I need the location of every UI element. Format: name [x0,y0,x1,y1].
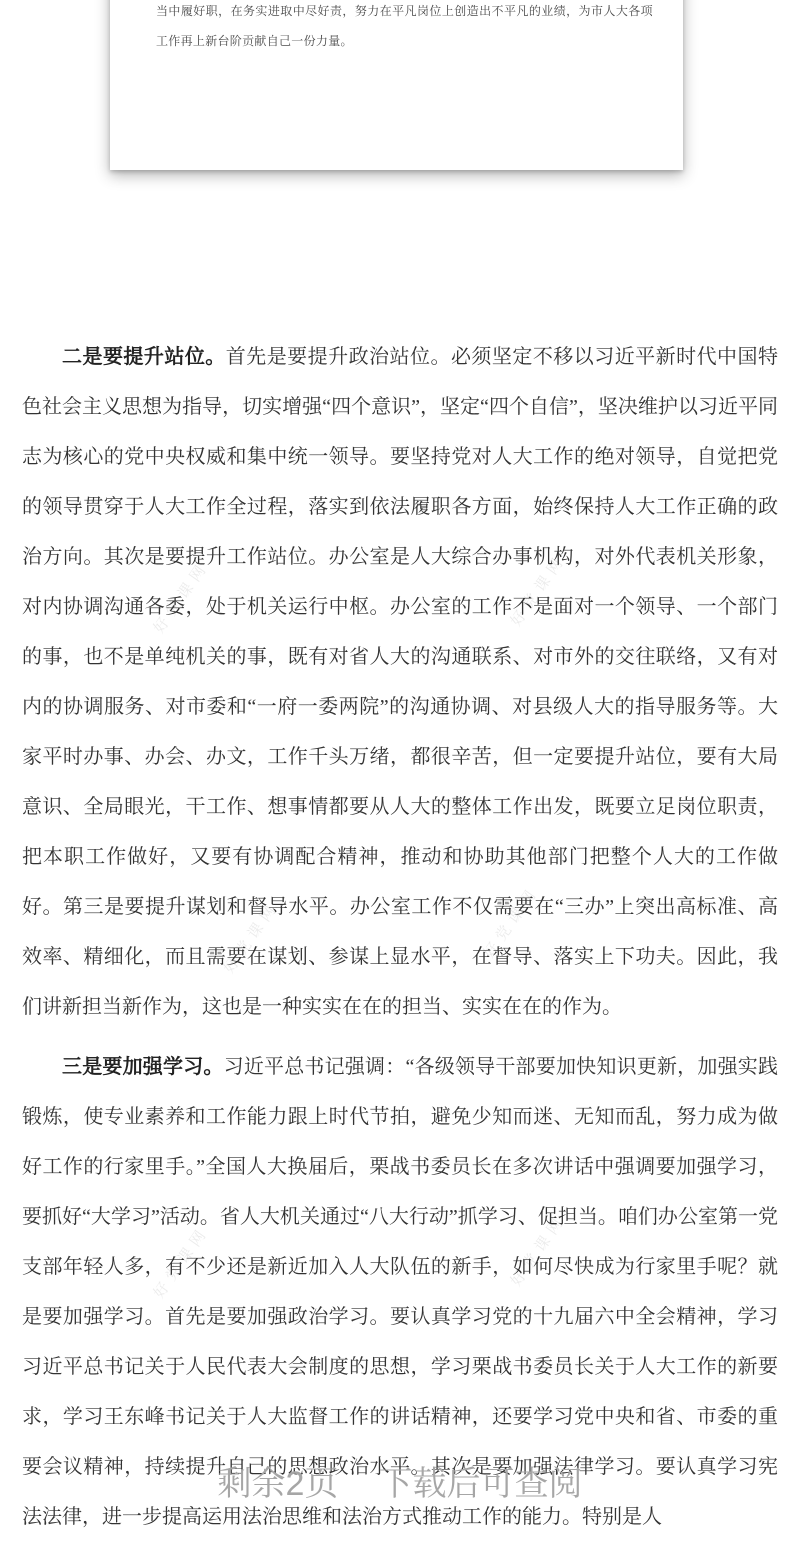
paragraph-3-lead: 三是要加强学习。 [62,1056,224,1078]
previous-page-text: 当中履好职，在务实进取中尽好责，努力在平凡岗位上创造出不平凡的业绩，为市人大各项… [156,0,653,56]
remaining-pages-count: 剩余2页 [218,1465,339,1503]
previous-page-sheet: 当中履好职，在务实进取中尽好责，努力在平凡岗位上创造出不平凡的业绩，为市人大各项… [110,0,683,170]
paragraph-2-text: 首先是要提升政治站位。必须坚定不移以习近平新时代中国特色社会主义思想为指导，切实… [22,346,778,1018]
download-to-view-hint: 下载后可查阅 [378,1465,582,1503]
document-preview-page: { "page": { "prev_page_card": { "text": … [0,0,800,1560]
remaining-pages-banner: 剩余2页下载后可查阅 [0,1456,800,1505]
document-body: 二是要提升站位。首先是要提升政治站位。必须坚定不移以习近平新时代中国特色社会主义… [22,332,778,1542]
paragraph-2-lead: 二是要提升站位。 [62,346,226,368]
paragraph-2: 二是要提升站位。首先是要提升政治站位。必须坚定不移以习近平新时代中国特色社会主义… [22,332,778,1032]
